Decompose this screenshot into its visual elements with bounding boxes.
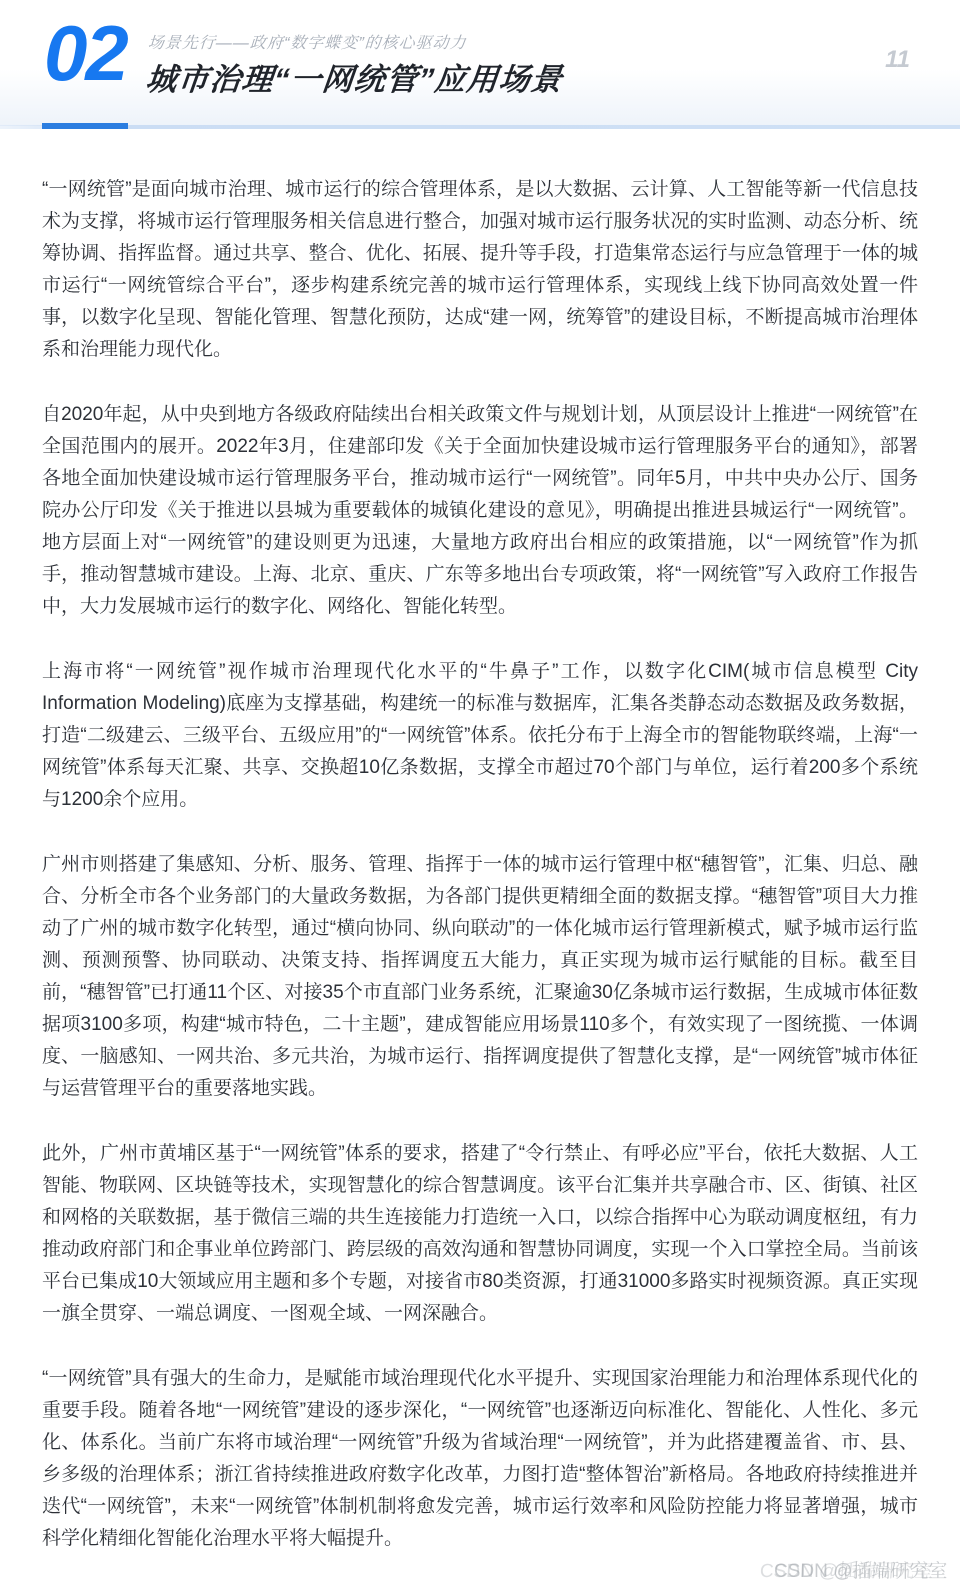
chapter-number: 02	[44, 14, 127, 92]
paragraph-shanghai: 上海市将“一网统管”视作城市治理现代化水平的“牛鼻子”工作，以数字化CIM(城市…	[42, 656, 918, 816]
body-content: “一网统管”是面向城市治理、城市运行的综合管理体系，是以大数据、云计算、人工智能…	[42, 174, 918, 1555]
watermark-text: CSDN @插端研究室	[774, 1556, 947, 1583]
paragraph-policy: 自2020年起，从中央到地方各级政府陆续出台相关政策文件与规划计划，从顶层设计上…	[42, 399, 918, 623]
page-title: 城市治理“一网统管”应用场景	[144, 54, 566, 99]
section-eyebrow: 场景先行——政府“数字蝶变”的核心驱动力	[147, 30, 467, 53]
watermark-ghost-text: CSDN @插端研究室	[759, 1556, 934, 1583]
report-page: 02 场景先行——政府“数字蝶变”的核心驱动力 城市治理“一网统管”应用场景 1…	[0, 0, 960, 1592]
header-divider	[0, 125, 960, 129]
paragraph-overview: “一网统管”是面向城市治理、城市运行的综合管理体系，是以大数据、云计算、人工智能…	[42, 174, 918, 366]
paragraph-guangzhou: 广州市则搭建了集感知、分析、服务、管理、指挥于一体的城市运行管理中枢“穗智管”，…	[42, 849, 918, 1105]
watermark: CSDN @插端研究室 CSDN @插端研究室	[760, 1556, 960, 1588]
paragraph-outlook: “一网统管”具有强大的生命力，是赋能市域治理现代化水平提升、实现国家治理能力和治…	[42, 1363, 918, 1555]
page-number: 11	[885, 46, 910, 74]
paragraph-huangpu: 此外，广州市黄埔区基于“一网统管”体系的要求，搭建了“令行禁止、有呼必应”平台，…	[42, 1138, 918, 1330]
header-divider-accent	[42, 123, 128, 129]
